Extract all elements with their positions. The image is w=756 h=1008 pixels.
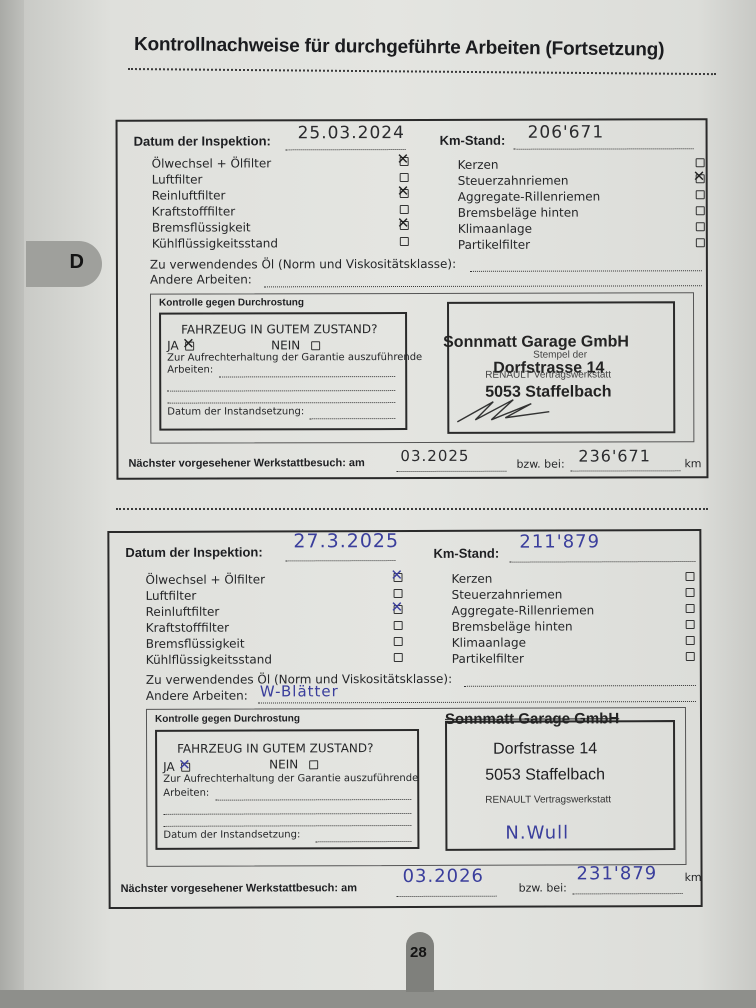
- yes-label: JA: [163, 760, 175, 774]
- item-label: Aggregate-Rillenriemen: [452, 603, 595, 617]
- checkbox-checked[interactable]: [393, 573, 402, 582]
- right-checklist: Kerzen Steuerzahnriemen Aggregate-Rillen…: [451, 569, 697, 666]
- item-label: Partikelfilter: [458, 238, 530, 252]
- stamp-company-name: Sonnmatt Garage GmbH: [445, 710, 619, 728]
- item-label: Kerzen: [451, 572, 492, 586]
- no-checkbox[interactable]: [309, 760, 318, 769]
- checklist-item: Kerzen: [451, 569, 697, 586]
- item-label: Bremsbeläge hinten: [452, 619, 573, 633]
- checklist-item: Klimaanlage: [452, 633, 698, 650]
- workshop-stamp-box: Stempel der RENAULT Vertragswerkstatt So…: [447, 301, 675, 434]
- next-visit-date-line: [397, 896, 497, 897]
- checkbox[interactable]: [696, 222, 705, 231]
- item-label: Ölwechsel + Ölfilter: [145, 572, 265, 586]
- checklist-item: Bremsflüssigkeit: [146, 634, 408, 651]
- checkbox[interactable]: [686, 636, 695, 645]
- section-tab: D: [26, 241, 102, 287]
- oil-field[interactable]: [464, 685, 696, 687]
- item-label: Reinluftfilter: [146, 605, 220, 619]
- section-tab-letter: D: [70, 251, 84, 274]
- checkbox[interactable]: [394, 653, 403, 662]
- checklist-item: Reinluftfilter: [146, 602, 408, 619]
- checklist-item: Kerzen: [458, 155, 704, 172]
- checklist-item: Luftfilter: [152, 170, 414, 187]
- item-label: Aggregate-Rillenriemen: [458, 190, 601, 204]
- repair-date-label: Datum der Instandsetzung:: [167, 406, 304, 417]
- item-label: Steuerzahnriemen: [458, 174, 569, 188]
- left-checklist: Ölwechsel + Ölfilter Luftfilter Reinluft…: [152, 154, 414, 251]
- checklist-item: Steuerzahnriemen: [452, 585, 698, 602]
- page-number-tab: 28: [406, 932, 434, 992]
- repair-date-field[interactable]: [315, 841, 411, 842]
- stamp-company-name: Sonnmatt Garage GmbH: [443, 333, 629, 351]
- checkbox[interactable]: [686, 620, 695, 629]
- item-label: Partikelfilter: [452, 652, 524, 666]
- next-visit-date-value[interactable]: 03.2025: [400, 447, 469, 465]
- vehicle-condition-box: FAHRZEUG IN GUTEM ZUSTAND? JA NEIN Zur A…: [155, 729, 419, 850]
- inspection-date-value[interactable]: 25.03.2024: [298, 123, 405, 143]
- checkbox[interactable]: [400, 205, 409, 214]
- checkbox-checked[interactable]: [696, 174, 705, 183]
- inspection-date-line: [286, 149, 406, 150]
- other-work-value[interactable]: W-Blätter: [260, 682, 339, 700]
- work-field-2[interactable]: [163, 813, 411, 815]
- repair-date-label: Datum der Instandsetzung:: [163, 829, 300, 840]
- other-work-label: Andere Arbeiten:: [146, 689, 248, 703]
- checklist-item: Ölwechsel + Ölfilter: [145, 570, 407, 587]
- item-label: Bremsflüssigkeit: [152, 220, 251, 234]
- item-label: Klimaanlage: [452, 636, 526, 650]
- yes-label: JA: [167, 339, 179, 353]
- rust-control-label: Kontrolle gegen Durchrostung: [155, 713, 300, 725]
- checkbox[interactable]: [400, 237, 409, 246]
- item-label: Bremsflüssigkeit: [146, 637, 245, 651]
- no-label: NEIN: [271, 338, 300, 352]
- item-label: Luftfilter: [152, 173, 203, 187]
- checkbox[interactable]: [394, 589, 403, 598]
- stamp-street: Dorfstrasse 14: [493, 740, 597, 758]
- checklist-item: Kühlflüssigkeitsstand: [146, 650, 408, 667]
- next-visit-date-line: [396, 471, 506, 472]
- oil-field[interactable]: [470, 270, 702, 272]
- checkbox[interactable]: [686, 588, 695, 597]
- checklist-item: Kraftstofffilter: [152, 202, 414, 219]
- next-visit-km-value[interactable]: 236'671: [578, 446, 651, 465]
- km-reading-label: Km-Stand:: [433, 546, 499, 561]
- km-reading-value[interactable]: 211'879: [519, 531, 600, 552]
- item-label: Bremsbeläge hinten: [458, 206, 579, 220]
- checklist-item: Bremsbeläge hinten: [458, 203, 704, 220]
- item-label: Kerzen: [458, 158, 499, 172]
- other-work-field: [258, 701, 696, 704]
- left-checklist: Ölwechsel + Ölfilter Luftfilter Reinluft…: [145, 570, 407, 667]
- checklist-item: Kraftstofffilter: [146, 618, 408, 635]
- inspection-entry-1: Datum der Inspektion: 25.03.2024 Km-Stan…: [116, 118, 709, 480]
- checkbox-checked[interactable]: [394, 605, 403, 614]
- page-bottom-edge: [0, 990, 756, 1008]
- checkbox-checked[interactable]: [400, 189, 409, 198]
- checkbox[interactable]: [696, 190, 705, 199]
- item-label: Ölwechsel + Ölfilter: [152, 156, 272, 170]
- other-work-label: Andere Arbeiten:: [150, 272, 252, 286]
- checkbox[interactable]: [685, 572, 694, 581]
- item-label: Kraftstofffilter: [146, 621, 229, 635]
- checklist-item: Luftfilter: [146, 586, 408, 603]
- page-number: 28: [410, 944, 427, 961]
- checklist-item: Bremsbeläge hinten: [452, 617, 698, 634]
- km-reading-value[interactable]: 206'671: [528, 122, 605, 142]
- checkbox[interactable]: [686, 652, 695, 661]
- inspection-date-value[interactable]: 27.3.2025: [293, 530, 399, 552]
- checklist-item: Reinluftfilter: [152, 186, 414, 203]
- next-visit-km-line: [570, 470, 680, 471]
- repair-date-field[interactable]: [309, 418, 395, 419]
- no-label: NEIN: [269, 757, 298, 771]
- work-label: Arbeiten:: [167, 365, 213, 376]
- right-checklist: Kerzen Steuerzahnriemen Aggregate-Rillen…: [458, 155, 704, 252]
- yes-checkbox-checked[interactable]: [185, 342, 194, 351]
- no-checkbox[interactable]: [311, 341, 320, 350]
- next-visit-label: Nächster vorgesehener Werkstattbesuch: a…: [121, 882, 357, 895]
- checkbox-checked[interactable]: [400, 157, 409, 166]
- rust-control-section: Kontrolle gegen Durchrostung FAHRZEUG IN…: [150, 292, 694, 443]
- other-work-field[interactable]: [264, 285, 702, 287]
- item-label: Luftfilter: [146, 589, 197, 603]
- checkbox-checked[interactable]: [400, 221, 409, 230]
- work-field-3[interactable]: [167, 402, 395, 404]
- checklist-item: Aggregate-Rillenriemen: [452, 601, 698, 618]
- work-field-2[interactable]: [167, 390, 395, 392]
- checklist-item: Kühlflüssigkeitsstand: [152, 234, 414, 251]
- item-label: Steuerzahnriemen: [452, 587, 563, 601]
- checklist-item: Bremsflüssigkeit: [152, 218, 414, 235]
- work-field-1[interactable]: [219, 376, 395, 377]
- km-unit: km: [684, 457, 701, 470]
- vehicle-condition-question: FAHRZEUG IN GUTEM ZUSTAND?: [181, 322, 377, 337]
- km-reading-line: [509, 561, 695, 563]
- stamp-street: Dorfstrasse 14: [493, 359, 604, 377]
- checkbox[interactable]: [394, 621, 403, 630]
- work-field-1[interactable]: [215, 799, 411, 801]
- item-label: Kraftstofffilter: [152, 204, 235, 218]
- checklist-item: Aggregate-Rillenriemen: [458, 187, 704, 204]
- inspection-date-label: Datum der Inspektion:: [134, 133, 271, 148]
- checkbox[interactable]: [394, 637, 403, 646]
- checklist-item: Steuerzahnriemen: [458, 171, 704, 188]
- work-label: Arbeiten:: [163, 788, 209, 799]
- km-reading-label: Km-Stand:: [440, 133, 506, 148]
- next-visit-date-value[interactable]: 03.2026: [403, 866, 485, 887]
- km-reading-line: [514, 148, 694, 149]
- checklist-item: Klimaanlage: [458, 219, 704, 236]
- oil-label: Zu verwendendes Öl (Norm und Viskositäts…: [150, 257, 456, 272]
- checkbox[interactable]: [696, 206, 705, 215]
- checkbox[interactable]: [696, 158, 705, 167]
- signature-scribble: [453, 396, 573, 426]
- inspection-entry-2: Datum der Inspektion: 27.3.2025 Km-Stand…: [107, 529, 702, 909]
- item-label: Klimaanlage: [458, 222, 532, 236]
- next-visit-km-value[interactable]: 231'879: [577, 863, 658, 884]
- yes-checkbox-checked[interactable]: [181, 763, 190, 772]
- warranty-work-label: Zur Aufrechterhaltung der Garantie auszu…: [163, 773, 418, 785]
- or-at-label: bzw. bei:: [519, 881, 567, 894]
- work-field-3[interactable]: [163, 825, 411, 827]
- vehicle-condition-box: FAHRZEUG IN GUTEM ZUSTAND? JA NEIN Zur A…: [159, 312, 407, 431]
- stamp-caption-2: RENAULT Vertragswerkstatt: [485, 794, 611, 805]
- item-label: Reinluftfilter: [152, 188, 226, 202]
- inspection-date-line: [285, 560, 395, 561]
- next-visit-label: Nächster vorgesehener Werkstattbesuch: a…: [128, 457, 364, 470]
- or-at-label: bzw. bei:: [516, 458, 564, 471]
- checklist-item: Partikelfilter: [458, 235, 704, 252]
- checklist-item: Ölwechsel + Ölfilter: [152, 154, 414, 171]
- warranty-work-label: Zur Aufrechterhaltung der Garantie auszu…: [167, 352, 422, 364]
- checkbox[interactable]: [696, 238, 705, 247]
- stamp-city: 5053 Staffelbach: [485, 766, 605, 784]
- vehicle-condition-question: FAHRZEUG IN GUTEM ZUSTAND?: [177, 741, 373, 756]
- signature: N.Wull: [505, 822, 569, 843]
- rust-control-section: Kontrolle gegen Durchrostung FAHRZEUG IN…: [146, 707, 687, 867]
- workshop-stamp-box: Sonnmatt Garage GmbH Dorfstrasse 14 5053…: [445, 720, 675, 851]
- rust-control-label: Kontrolle gegen Durchrostung: [159, 297, 304, 308]
- inspection-date-label: Datum der Inspektion:: [125, 544, 262, 559]
- km-unit: km: [685, 871, 702, 884]
- item-label: Kühlflüssigkeitsstand: [152, 236, 278, 250]
- next-visit-km-line: [573, 893, 683, 894]
- checklist-item: Partikelfilter: [452, 649, 698, 666]
- checkbox[interactable]: [686, 604, 695, 613]
- checkbox[interactable]: [400, 173, 409, 182]
- entry-divider: [116, 508, 708, 510]
- item-label: Kühlflüssigkeitsstand: [146, 652, 272, 666]
